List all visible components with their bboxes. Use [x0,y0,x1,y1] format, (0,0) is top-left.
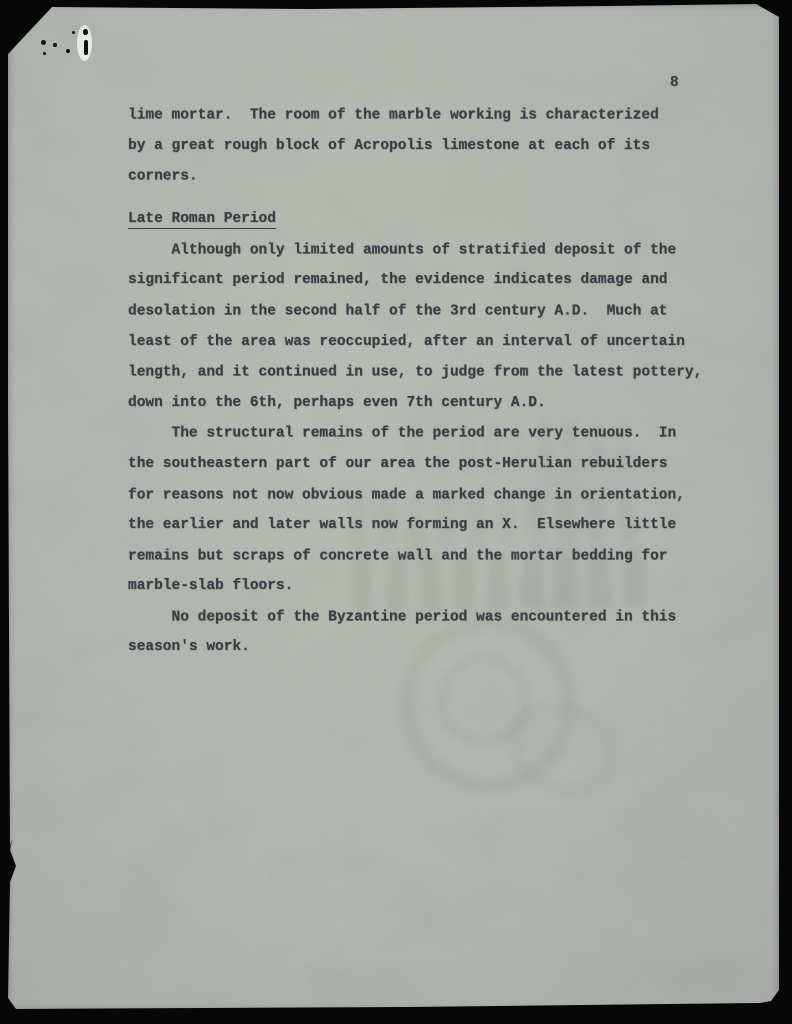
staple-mark [66,49,70,53]
staple-mark [41,40,46,45]
page-number: 8 [670,68,679,99]
staple-mark [72,31,75,34]
typewritten-line: No deposit of the Byzantine period was e… [128,602,702,633]
text-block: lime mortar. The room of the marble work… [128,100,702,663]
typewritten-line: lime mortar. The room of the marble work… [128,100,702,131]
scanned-document: 8 lime mortar. The room of the marble wo… [0,0,792,1024]
staple-mark [53,43,57,47]
document-page: 8 lime mortar. The room of the marble wo… [8,4,779,1010]
typewritten-line: Although only limited amounts of stratif… [128,235,702,266]
typewritten-line: significant period remained, the evidenc… [128,265,702,296]
typewritten-line: the southeastern part of our area the po… [128,449,702,480]
typewritten-line: desolation in the second half of the 3rd… [128,296,702,327]
ink-showthrough-stamp [438,654,530,746]
typewritten-line: by a great rough block of Acropolis lime… [128,131,702,162]
section-heading-text: Late Roman Period [128,211,276,229]
typewritten-line: marble-slab floors. [128,571,702,602]
typewritten-line: The structural remains of the period are… [128,419,702,450]
typewritten-line: down into the 6th, perhaps even 7th cent… [128,388,702,419]
typewritten-line: corners. [128,162,702,193]
section-heading: Late Roman Period [128,204,702,235]
ink-showthrough-stamp [496,688,630,810]
staple-mark [43,52,46,55]
ink-blot-mark [83,29,88,35]
typewritten-line: for reasons not now obvious made a marke… [128,480,702,511]
typewritten-line: the earlier and later walls now forming … [128,510,702,541]
typewritten-line: season's work. [128,632,702,663]
typewritten-line: remains but scraps of concrete wall and … [128,541,702,572]
ink-blot-mark [84,40,88,55]
edge-pen-stroke [5,840,17,891]
typewritten-line: length, and it continued in use, to judg… [128,358,702,389]
typewritten-line: least of the area was reoccupied, after … [128,327,702,358]
